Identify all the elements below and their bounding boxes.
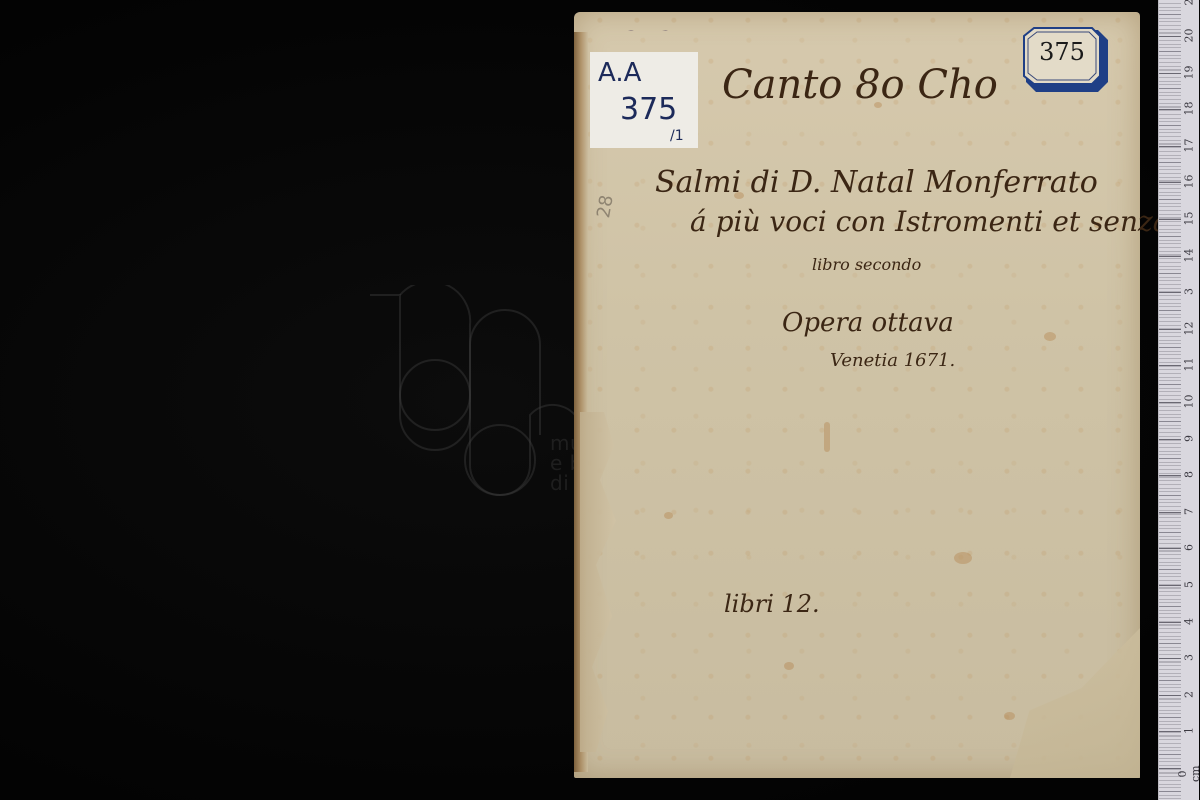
ruler-major-tick [1159, 402, 1181, 403]
ruler-label: 4 [1183, 613, 1196, 629]
ruler-major-tick [1159, 585, 1181, 586]
work-title-line2: á più voci con Istromenti et senza [690, 205, 1169, 238]
ruler-major-tick [1159, 512, 1181, 513]
shelfmark-label: A.A 375 /1 [590, 52, 698, 148]
volume-count: libri 12. [724, 590, 820, 618]
ruler-major-tick [1159, 182, 1181, 183]
ruler-label: 8 [1183, 467, 1196, 483]
ruler-major-tick [1159, 731, 1181, 732]
ruler-major-tick [1159, 365, 1181, 366]
book-number: libro secondo [812, 255, 921, 274]
pencil-note: 28 [593, 193, 618, 219]
ruler-label: 6 [1183, 540, 1196, 556]
place-and-date: Venetia 1671. [830, 350, 955, 371]
ruler-label: 17 [1183, 137, 1196, 153]
ruler-label: 15 [1183, 211, 1196, 227]
octagon-number-label: 375 [1022, 26, 1106, 90]
octagon-number: 375 [1022, 38, 1102, 66]
ruler-label: 19 [1183, 64, 1196, 80]
ruler-label: 7 [1183, 503, 1196, 519]
shelfmark-line3: /1 [670, 128, 684, 144]
ruler-label: 21 [1183, 0, 1196, 7]
ruler-label: 1 [1183, 723, 1196, 739]
ruler-major-tick [1159, 73, 1181, 74]
ruler-label: 2 [1183, 686, 1196, 702]
shelfmark-line1: A.A [598, 58, 641, 88]
ruler-label: 12 [1183, 320, 1196, 336]
ruler-label: 3 [1183, 650, 1196, 666]
ruler-label: 9 [1183, 430, 1196, 446]
ruler-label: 10 [1183, 394, 1196, 410]
ruler-label: 16 [1183, 174, 1196, 190]
ruler-major-tick [1159, 219, 1181, 220]
ruler-label: 20 [1183, 28, 1196, 44]
torn-bottom-right-corner [1010, 628, 1140, 778]
ruler-major-tick [1159, 146, 1181, 147]
ruler-major-tick [1159, 36, 1181, 37]
ruler-label: 18 [1183, 101, 1196, 117]
ruler-label: 14 [1183, 247, 1196, 263]
ruler-major-tick [1159, 439, 1181, 440]
voice-part-title: Canto 8o Cho [722, 62, 998, 108]
measurement-ruler: 0 cm1234567891011123141516171819202122 [1158, 0, 1199, 800]
ruler-label: 11 [1183, 357, 1196, 373]
ruler-major-tick [1159, 292, 1181, 293]
ruler-major-tick [1159, 329, 1181, 330]
ruler-major-tick [1159, 695, 1181, 696]
torn-left-edge [580, 412, 620, 752]
ruler-label: 5 [1183, 577, 1196, 593]
mb-logo-icon [360, 285, 580, 505]
work-title-line1: Salmi di D. Natal Monferrato [655, 165, 1098, 200]
shelfmark-line2: 375 [620, 92, 677, 127]
ruler-major-tick [1159, 658, 1181, 659]
ruler-ticks [1159, 0, 1181, 800]
ruler-label: 3 [1183, 284, 1196, 300]
opus-number: Opera ottava [782, 308, 954, 338]
ruler-major-tick [1159, 475, 1181, 476]
ruler-major-tick [1159, 109, 1181, 110]
ruler-label: 0 cm [1176, 766, 1200, 782]
ruler-major-tick [1159, 256, 1181, 257]
ruler-major-tick [1159, 622, 1181, 623]
ruler-major-tick [1159, 548, 1181, 549]
